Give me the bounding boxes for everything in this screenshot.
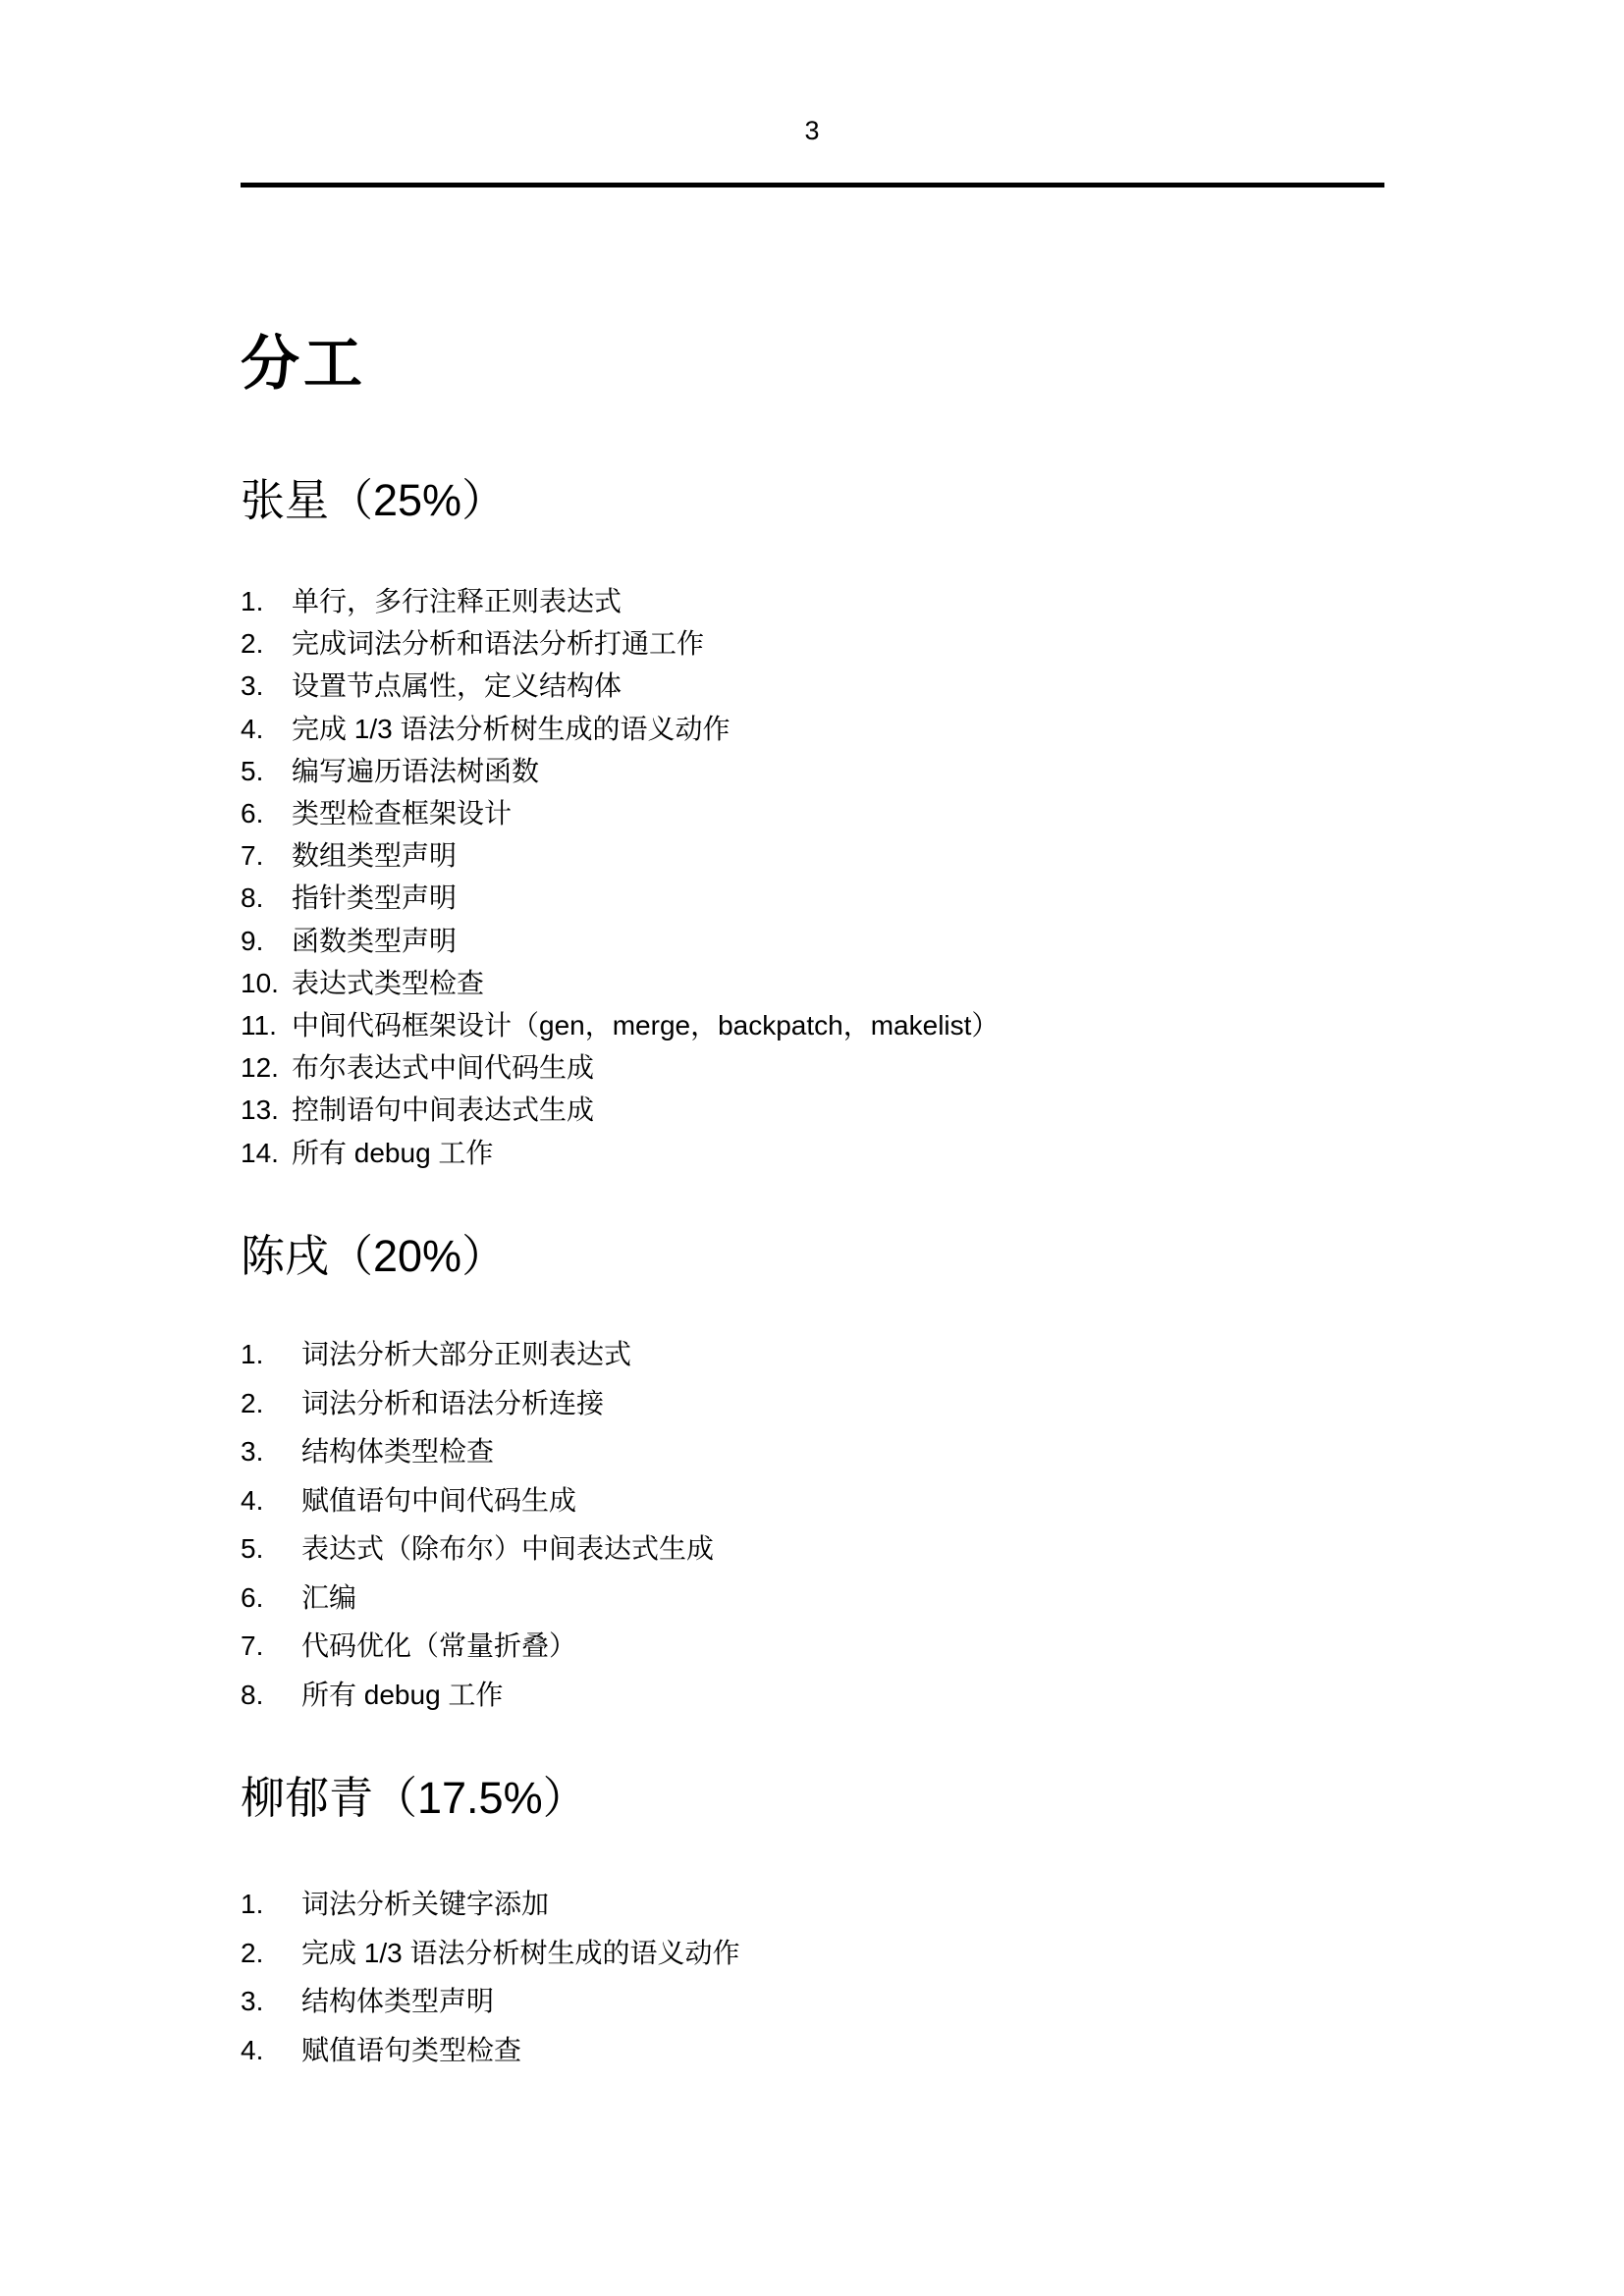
list-item-text: 汇编 xyxy=(301,1574,356,1623)
list-item-number: 9. xyxy=(241,920,292,962)
list-item: 1.单行，多行注释正则表达式 xyxy=(241,580,1438,622)
document-page: 3 分工 张星（25%）1.单行，多行注释正则表达式2.完成词法分析和语法分析打… xyxy=(0,0,1624,2296)
page-number: 3 xyxy=(0,118,1624,144)
list-item-number: 11. xyxy=(241,1004,292,1046)
section-list: 1.词法分析大部分正则表达式2.词法分析和语法分析连接3.结构体类型检查4.赋值… xyxy=(241,1330,1438,1719)
list-item-number: 5. xyxy=(241,750,292,792)
list-item-number: 3. xyxy=(241,1427,301,1476)
list-item-number: 6. xyxy=(241,1574,301,1623)
list-item: 1.词法分析大部分正则表达式 xyxy=(241,1330,1438,1379)
list-item-text: 完成 1/3 语法分析树生成的语义动作 xyxy=(301,1929,739,1978)
list-item-number: 1. xyxy=(241,580,292,622)
section-heading: 柳郁青（17.5%） xyxy=(241,1775,587,1822)
list-item-text: 指针类型声明 xyxy=(292,877,457,919)
list-item: 3.结构体类型声明 xyxy=(241,1977,1438,2026)
list-item-text: 完成词法分析和语法分析打通工作 xyxy=(292,622,704,665)
section-heading: 陈戌（20%） xyxy=(241,1233,506,1280)
list-item-number: 13. xyxy=(241,1089,292,1131)
list-item-text: 词法分析关键字添加 xyxy=(301,1880,549,1929)
list-item-number: 8. xyxy=(241,1671,301,1720)
list-item-text: 编写遍历语法树函数 xyxy=(292,750,539,792)
list-item-number: 2. xyxy=(241,1379,301,1428)
list-item-text: 结构体类型声明 xyxy=(301,1977,494,2026)
list-item: 8.所有 debug 工作 xyxy=(241,1671,1438,1720)
list-item-number: 2. xyxy=(241,1929,301,1978)
list-item: 3.结构体类型检查 xyxy=(241,1427,1438,1476)
list-item: 12.布尔表达式中间代码生成 xyxy=(241,1046,1438,1089)
list-item-text: 代码优化（常量折叠） xyxy=(301,1622,576,1671)
list-item-text: 赋值语句中间代码生成 xyxy=(301,1476,576,1525)
list-item: 2.词法分析和语法分析连接 xyxy=(241,1379,1438,1428)
list-item-number: 12. xyxy=(241,1046,292,1089)
list-item-text: 词法分析大部分正则表达式 xyxy=(301,1330,631,1379)
list-item: 6.类型检查框架设计 xyxy=(241,792,1438,834)
section-heading: 张星（25%） xyxy=(241,477,506,524)
list-item-number: 4. xyxy=(241,1476,301,1525)
list-item-text: 表达式（除布尔）中间表达式生成 xyxy=(301,1524,714,1574)
list-item: 5.编写遍历语法树函数 xyxy=(241,750,1438,792)
list-item-number: 2. xyxy=(241,622,292,665)
list-item-number: 5. xyxy=(241,1524,301,1574)
section-list: 1.词法分析关键字添加2.完成 1/3 语法分析树生成的语义动作3.结构体类型声… xyxy=(241,1880,1438,2074)
list-item-number: 14. xyxy=(241,1132,292,1174)
list-item: 5.表达式（除布尔）中间表达式生成 xyxy=(241,1524,1438,1574)
list-item-number: 1. xyxy=(241,1880,301,1929)
list-item-text: 所有 debug 工作 xyxy=(292,1132,493,1174)
list-item-number: 4. xyxy=(241,2026,301,2075)
list-item-text: 结构体类型检查 xyxy=(301,1427,494,1476)
list-item: 1.词法分析关键字添加 xyxy=(241,1880,1438,1929)
section-list: 1.单行，多行注释正则表达式2.完成词法分析和语法分析打通工作3.设置节点属性，… xyxy=(241,580,1438,1174)
list-item: 7.代码优化（常量折叠） xyxy=(241,1622,1438,1671)
list-item-text: 所有 debug 工作 xyxy=(301,1671,503,1720)
list-item: 4.赋值语句类型检查 xyxy=(241,2026,1438,2075)
list-item-number: 1. xyxy=(241,1330,301,1379)
list-item: 14.所有 debug 工作 xyxy=(241,1132,1438,1174)
list-item-text: 表达式类型检查 xyxy=(292,962,484,1004)
list-item: 2.完成 1/3 语法分析树生成的语义动作 xyxy=(241,1929,1438,1978)
list-item-text: 完成 1/3 语法分析树生成的语义动作 xyxy=(292,708,730,750)
list-item-text: 词法分析和语法分析连接 xyxy=(301,1379,604,1428)
list-item: 10.表达式类型检查 xyxy=(241,962,1438,1004)
list-item-number: 6. xyxy=(241,792,292,834)
list-item-text: 单行，多行注释正则表达式 xyxy=(292,580,622,622)
list-item: 13.控制语句中间表达式生成 xyxy=(241,1089,1438,1131)
list-item: 6.汇编 xyxy=(241,1574,1438,1623)
list-item-number: 7. xyxy=(241,834,292,877)
list-item: 2.完成词法分析和语法分析打通工作 xyxy=(241,622,1438,665)
list-item-number: 3. xyxy=(241,1977,301,2026)
list-item-number: 3. xyxy=(241,665,292,707)
list-item-text: 函数类型声明 xyxy=(292,920,457,962)
list-item-text: 设置节点属性，定义结构体 xyxy=(292,665,622,707)
list-item-text: 类型检查框架设计 xyxy=(292,792,512,834)
list-item: 7.数组类型声明 xyxy=(241,834,1438,877)
list-item-text: 布尔表达式中间代码生成 xyxy=(292,1046,594,1089)
list-item-text: 数组类型声明 xyxy=(292,834,457,877)
list-item-number: 8. xyxy=(241,877,292,919)
list-item-text: 赋值语句类型检查 xyxy=(301,2026,521,2075)
list-item: 4.完成 1/3 语法分析树生成的语义动作 xyxy=(241,708,1438,750)
list-item: 9.函数类型声明 xyxy=(241,920,1438,962)
page-title: 分工 xyxy=(241,334,366,395)
list-item: 11.中间代码框架设计（gen，merge，backpatch，makelist… xyxy=(241,1004,1438,1046)
list-item: 3.设置节点属性，定义结构体 xyxy=(241,665,1438,707)
list-item-text: 中间代码框架设计（gen，merge，backpatch，makelist） xyxy=(292,1004,999,1046)
list-item-number: 10. xyxy=(241,962,292,1004)
list-item-number: 7. xyxy=(241,1622,301,1671)
list-item-number: 4. xyxy=(241,708,292,750)
list-item: 4.赋值语句中间代码生成 xyxy=(241,1476,1438,1525)
list-item: 8.指针类型声明 xyxy=(241,877,1438,919)
list-item-text: 控制语句中间表达式生成 xyxy=(292,1089,594,1131)
header-rule xyxy=(241,183,1384,187)
